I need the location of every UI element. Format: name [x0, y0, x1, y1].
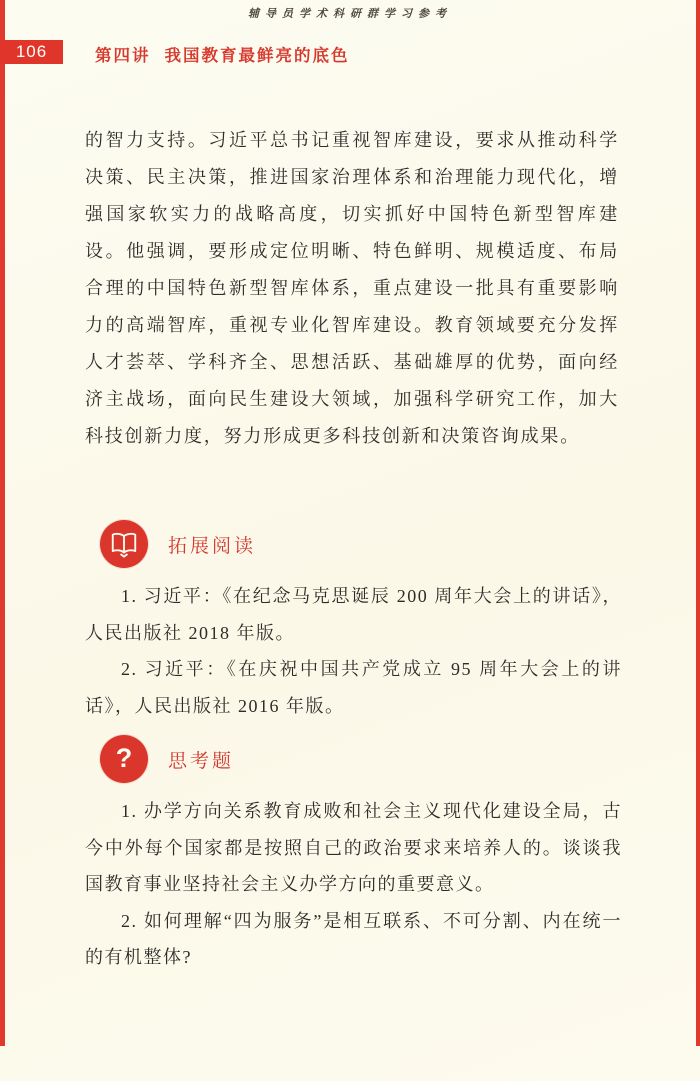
chapter-label: 第四讲 [95, 47, 151, 65]
extended-reading-section: 拓展阅读 1. 习近平：《在纪念马克思诞辰 200 周年大会上的讲话》，人民出版… [85, 520, 622, 724]
extended-reading-title: 拓展阅读 [168, 531, 256, 558]
questions-header: ? 思考题 [100, 735, 622, 783]
right-page-edge-line [696, 0, 700, 1046]
question-item: 2. 如何理解“四为服务”是相互联系、不可分割、内在统一的有机整体? [85, 903, 622, 976]
questions-title: 思考题 [168, 746, 234, 773]
left-page-edge-line [0, 0, 5, 1046]
page-number-badge: 106 [0, 40, 63, 64]
open-book-icon [100, 520, 148, 568]
scanned-book-page: 辅导员学术科研群学习参考 106 第四讲我国教育最鲜亮的底色 的智力支持。习近平… [0, 0, 700, 1081]
running-head: 辅导员学术科研群学习参考 [0, 5, 700, 21]
questions-section: ? 思考题 1. 办学方向关系教育成败和社会主义现代化建设全局，古今中外每个国家… [85, 735, 622, 976]
body-paragraph: 的智力支持。习近平总书记重视智库建设，要求从推动科学决策、民主决策，推进国家治理… [85, 122, 619, 455]
chapter-title: 我国教育最鲜亮的底色 [165, 47, 350, 65]
extended-reading-items: 1. 习近平：《在纪念马克思诞辰 200 周年大会上的讲话》，人民出版社 201… [85, 578, 622, 724]
reading-item: 1. 习近平：《在纪念马克思诞辰 200 周年大会上的讲话》，人民出版社 201… [85, 578, 622, 651]
question-item: 1. 办学方向关系教育成败和社会主义现代化建设全局，古今中外每个国家都是按照自己… [85, 793, 622, 903]
extended-reading-header: 拓展阅读 [100, 520, 622, 568]
page-number: 106 [16, 42, 47, 62]
question-mark-icon: ? [100, 735, 148, 783]
chapter-heading: 第四讲我国教育最鲜亮的底色 [95, 42, 350, 66]
questions-items: 1. 办学方向关系教育成败和社会主义现代化建设全局，古今中外每个国家都是按照自己… [85, 793, 622, 976]
reading-item: 2. 习近平：《在庆祝中国共产党成立 95 周年大会上的讲话》，人民出版社 20… [85, 651, 622, 724]
